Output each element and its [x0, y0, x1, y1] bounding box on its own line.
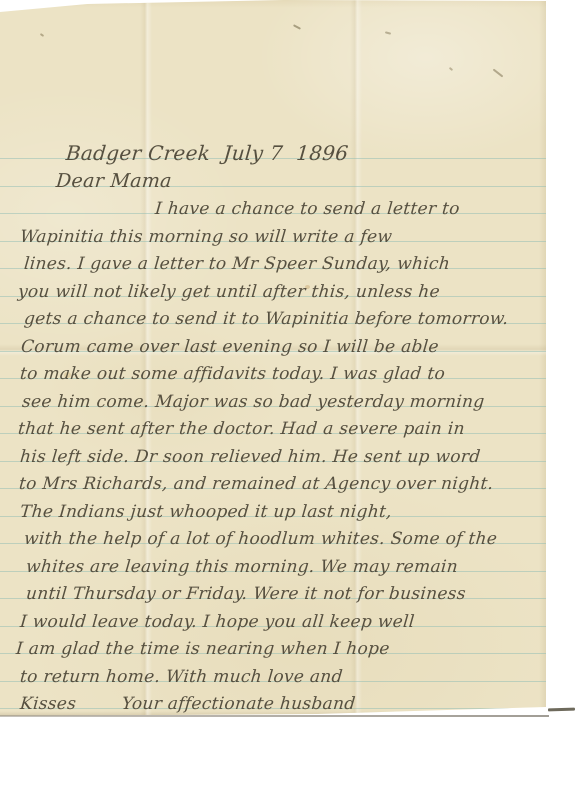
- ruled-line-row: Corum came over last evening so I will b…: [0, 324, 546, 352]
- ruled-line-row: gets a chance to send it to Wapinitia be…: [0, 297, 546, 325]
- page-edge-mark: [548, 708, 575, 712]
- ruled-line-row: Badger Creek July 7 1896: [0, 132, 546, 160]
- ruled-line-row: The Indians just whooped it up last nigh…: [0, 489, 546, 517]
- ruled-writing-area: Badger Creek July 7 1896 Dear Mama I hav…: [0, 132, 546, 737]
- ruled-line-row: to return home. With much love and: [0, 654, 546, 682]
- scan-background: Badger Creek July 7 1896 Dear Mama I hav…: [0, 0, 582, 800]
- ruled-line-row: I am glad the time is nearing when I hop…: [0, 627, 546, 655]
- ruled-line-row: with the help of a lot of hoodlum whites…: [0, 517, 546, 545]
- ruled-line-row: see him come. Major was so bad yesterday…: [0, 379, 546, 407]
- ruled-line-row: you will not likely get until after this…: [0, 269, 546, 297]
- paper-speck: [385, 31, 391, 34]
- ruled-line-row: I would leave today. I hope you all keep…: [0, 599, 546, 627]
- ruled-line-row: to make out some affidavits today. I was…: [0, 352, 546, 380]
- signature-row: C H Walker: [0, 709, 546, 736]
- paper-speck: [293, 24, 301, 30]
- ruled-line-row: Kisses Your affectionate husband: [0, 682, 546, 710]
- ruled-line-row: that he sent after the doctor. Had a sev…: [0, 407, 546, 435]
- paper-speck: [449, 67, 453, 71]
- paper-speck: [493, 69, 504, 78]
- ruled-line-row: whites are leaving this morning. We may …: [0, 544, 546, 572]
- ruled-line-row: I have a chance to send a letter to: [0, 187, 546, 215]
- ruled-line-row: to Mrs Richards, and remained at Agency …: [0, 462, 546, 490]
- letter-paper: Badger Creek July 7 1896 Dear Mama I hav…: [0, 0, 546, 717]
- page-bottom-edge: [0, 715, 549, 717]
- ruled-line-row: his left side. Dr soon relieved him. He …: [0, 434, 546, 462]
- ruled-line-row: Wapinitia this morning so will write a f…: [0, 214, 546, 242]
- ruled-line-row: until Thursday or Friday. Were it not fo…: [0, 572, 546, 600]
- ruled-line-row: lines. I gave a letter to Mr Speer Sunda…: [0, 242, 546, 270]
- paper-speck: [40, 33, 44, 37]
- letter-signature: C H Walker: [287, 723, 396, 741]
- ruled-line-row: Dear Mama: [0, 159, 546, 187]
